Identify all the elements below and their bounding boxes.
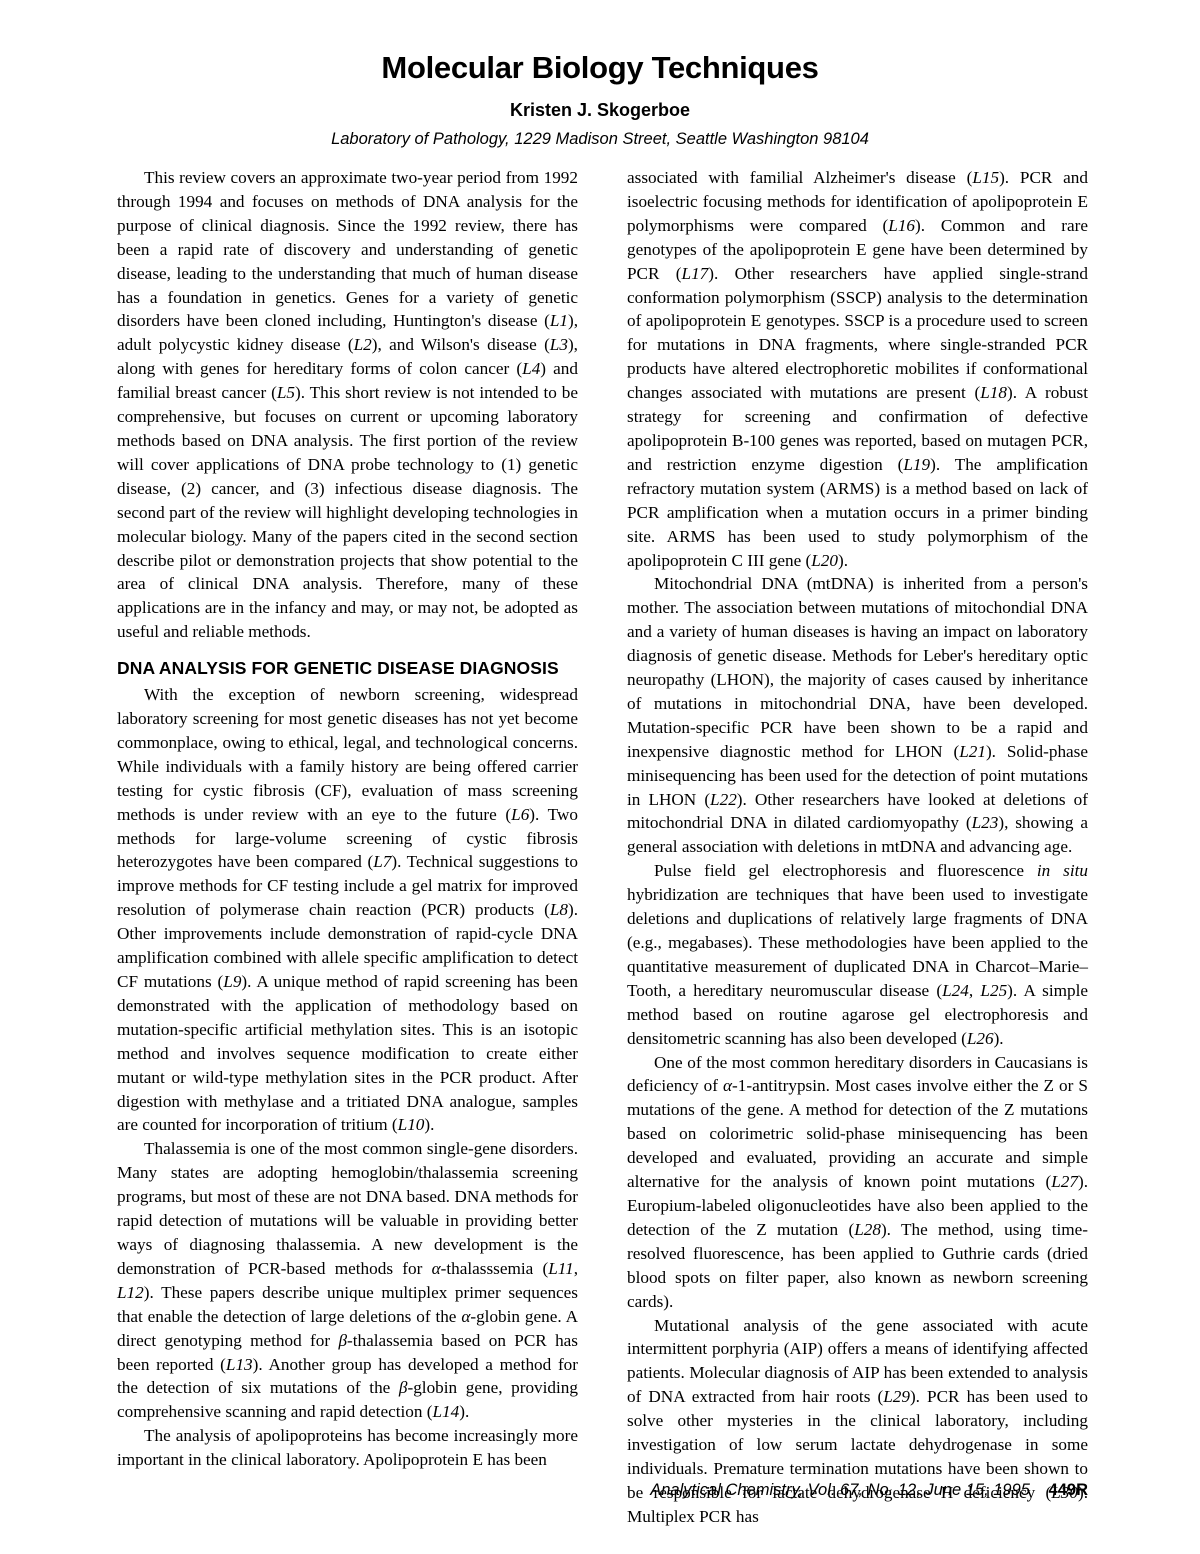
paper-header: Molecular Biology Techniques Kristen J. … [0, 0, 1200, 149]
right-column: associated with familial Alzheimer's dis… [627, 166, 1088, 1529]
paragraph: One of the most common hereditary disord… [627, 1051, 1088, 1314]
section-heading: DNA ANALYSIS FOR GENETIC DISEASE DIAGNOS… [117, 657, 578, 680]
paragraph: This review covers an approximate two-ye… [117, 166, 578, 644]
paragraph: associated with familial Alzheimer's dis… [627, 166, 1088, 572]
paragraph: The analysis of apolipoproteins has beco… [117, 1424, 578, 1472]
journal-citation: Analytical Chemistry, Vol. 67, No. 12, J… [650, 1481, 1030, 1499]
page-number: 449R [1049, 1481, 1088, 1499]
two-column-body: This review covers an approximate two-ye… [117, 166, 1088, 1529]
left-column: This review covers an approximate two-ye… [117, 166, 578, 1529]
paragraph: Mitochondrial DNA (mtDNA) is inherited f… [627, 572, 1088, 859]
paragraph: Pulse field gel electrophoresis and fluo… [627, 859, 1088, 1050]
paragraph: With the exception of newborn screening,… [117, 683, 578, 1137]
author-affiliation: Laboratory of Pathology, 1229 Madison St… [0, 130, 1200, 149]
author-name: Kristen J. Skogerboe [0, 100, 1200, 121]
page-title: Molecular Biology Techniques [0, 50, 1200, 86]
paper-page: Molecular Biology Techniques Kristen J. … [0, 0, 1200, 1554]
page-footer: Analytical Chemistry, Vol. 67, No. 12, J… [650, 1481, 1088, 1500]
paragraph: Thalassemia is one of the most common si… [117, 1137, 578, 1424]
